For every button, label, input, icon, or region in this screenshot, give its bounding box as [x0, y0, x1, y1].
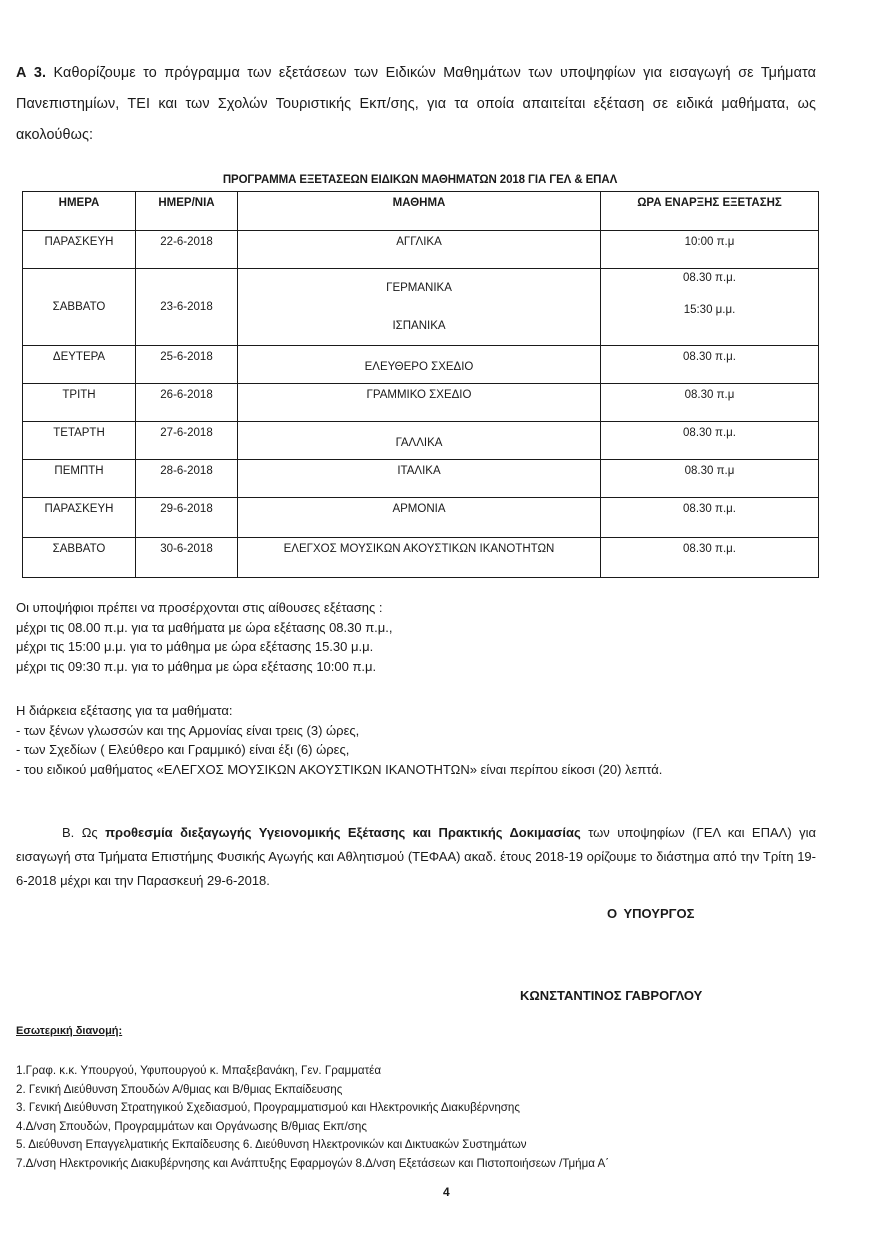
table-row: ΣΑΒΒΑΤΟ 23-6-2018 ΓΕΡΜΑΝΙΚΑ ΙΣΠΑΝΙΚΑ 08.…	[23, 269, 819, 346]
cell-day: ΔΕΥΤΕΡΑ	[23, 346, 136, 384]
header-subject: ΜΑΘΗΜΑ	[238, 192, 601, 231]
arrival-line: μέχρι τις 08.00 π.μ. για τα μαθήματα με …	[16, 618, 393, 638]
duration-line: Η διάρκεια εξέτασης για τα μαθήματα:	[16, 701, 662, 721]
section-b-prefix: Β. Ως	[62, 825, 105, 840]
cell-date: 30-6-2018	[136, 538, 238, 578]
exam-schedule-table: ΗΜΕΡΑ ΗΜΕΡ/ΝΙΑ ΜΑΘΗΜΑ ΩΡΑ ΕΝΑΡΞΗΣ ΕΞΕΤΑΣ…	[22, 191, 819, 578]
distribution-item: 3. Γενική Διεύθυνση Στρατηγικού Σχεδιασμ…	[16, 1099, 609, 1118]
cell-subject: ΑΡΜΟΝΙΑ	[238, 498, 601, 538]
cell-date: 26-6-2018	[136, 384, 238, 422]
schedule-title: ΠΡΟΓΡΑΜΜΑ ΕΞΕΤΑΣΕΩΝ ΕΙΔΙΚΩΝ ΜΑΘΗΜΑΤΩΝ 20…	[22, 174, 818, 186]
table-row: ΠΑΡΑΣΚΕΥΗ 22-6-2018 ΑΓΓΛΙΚΑ 10:00 π.μ	[23, 231, 819, 269]
section-b-bold: προθεσμία διεξαγωγής Υγειονομικής Εξέτασ…	[105, 825, 581, 840]
cell-time: 08.30 π.μ.	[601, 498, 819, 538]
distribution-item: 1.Γραφ. κ.κ. Υπουργού, Υφυπουργού κ. Μπα…	[16, 1062, 609, 1081]
section-b-paragraph: Β. Ως προθεσμία διεξαγωγής Υγειονομικής …	[16, 821, 816, 893]
cell-time: 08.30 π.μ	[601, 460, 819, 498]
subject-line: ΓΕΡΜΑΝΙΚΑ	[240, 269, 598, 307]
cell-day: ΤΡΙΤΗ	[23, 384, 136, 422]
distribution-item: 7.Δ/νση Ηλεκτρονικής Διακυβέρνησης και Α…	[16, 1155, 609, 1174]
cell-subject: ΓΑΛΛΙΚΑ	[238, 422, 601, 460]
cell-time: 08.30 π.μ.	[601, 346, 819, 384]
cell-date-text: 23-6-2018	[160, 301, 212, 313]
cell-subject: ΑΓΓΛΙΚΑ	[238, 231, 601, 269]
intro-label: Α 3.	[16, 65, 46, 81]
table-row: ΤΕΤΑΡΤΗ 27-6-2018 ΓΑΛΛΙΚΑ 08.30 π.μ.	[23, 422, 819, 460]
table-row: ΔΕΥΤΕΡΑ 25-6-2018 ΕΛΕΥΘΕΡΟ ΣΧΕΔΙΟ 08.30 …	[23, 346, 819, 384]
cell-subject-text: ΕΛΕΥΘΕΡΟ ΣΧΕΔΙΟ	[240, 361, 598, 373]
cell-day: ΣΑΒΒΑΤΟ	[23, 269, 136, 346]
distribution-item: 2. Γενική Διεύθυνση Σπουδών Α/θμιας και …	[16, 1081, 609, 1100]
cell-time: 10:00 π.μ	[601, 231, 819, 269]
cell-day: ΣΑΒΒΑΤΟ	[23, 538, 136, 578]
cell-subject-text: ΓΑΛΛΙΚΑ	[240, 437, 598, 449]
cell-day: ΠΑΡΑΣΚΕΥΗ	[23, 498, 136, 538]
cell-date: 29-6-2018	[136, 498, 238, 538]
cell-date: 25-6-2018	[136, 346, 238, 384]
arrival-line: μέχρι τις 09:30 π.μ. για το μάθημα με ώρ…	[16, 657, 393, 677]
cell-subject: ΓΕΡΜΑΝΙΚΑ ΙΣΠΑΝΙΚΑ	[238, 269, 601, 346]
cell-time: 08.30 π.μ	[601, 384, 819, 422]
cell-subject: ΙΤΑΛΙΚΑ	[238, 460, 601, 498]
cell-day: ΤΕΤΑΡΤΗ	[23, 422, 136, 460]
distribution-item: 4.Δ/νση Σπουδών, Προγραμμάτων και Οργάνω…	[16, 1118, 609, 1137]
cell-date: 28-6-2018	[136, 460, 238, 498]
minister-name: ΚΩΝΣΤΑΝΤΙΝΟΣ ΓΑΒΡΟΓΛΟΥ	[520, 988, 702, 1003]
cell-date: 22-6-2018	[136, 231, 238, 269]
exam-duration: Η διάρκεια εξέτασης για τα μαθήματα: - τ…	[16, 701, 662, 779]
header-start-time: ΩΡΑ ΕΝΑΡΞΗΣ ΕΞΕΤΑΣΗΣ	[601, 192, 819, 231]
distribution-item: 5. Διεύθυνση Επαγγελματικής Εκπαίδευσης …	[16, 1136, 609, 1155]
cell-time: 08.30 π.μ. 15:30 μ.μ.	[601, 269, 819, 346]
intro-text: Καθορίζουμε το πρόγραμμα των εξετάσεων τ…	[16, 65, 816, 143]
cell-subject: ΓΡΑΜΜΙΚΟ ΣΧΕΔΙΟ	[238, 384, 601, 422]
intro-paragraph: Α 3. Καθορίζουμε το πρόγραμμα των εξετάσ…	[16, 58, 816, 151]
cell-date: 27-6-2018	[136, 422, 238, 460]
cell-subject: ΕΛΕΓΧΟΣ ΜΟΥΣΙΚΩΝ ΑΚΟΥΣΤΙΚΩΝ ΙΚΑΝΟΤΗΤΩΝ	[238, 538, 601, 578]
distribution-list: 1.Γραφ. κ.κ. Υπουργού, Υφυπουργού κ. Μπα…	[16, 1062, 609, 1173]
table-header-row: ΗΜΕΡΑ ΗΜΕΡ/ΝΙΑ ΜΑΘΗΜΑ ΩΡΑ ΕΝΑΡΞΗΣ ΕΞΕΤΑΣ…	[23, 192, 819, 231]
time-line: 15:30 μ.μ.	[603, 304, 816, 316]
cell-day: ΠΕΜΠΤΗ	[23, 460, 136, 498]
subject-line: ΙΣΠΑΝΙΚΑ	[240, 307, 598, 345]
table-row: ΤΡΙΤΗ 26-6-2018 ΓΡΑΜΜΙΚΟ ΣΧΕΔΙΟ 08.30 π.…	[23, 384, 819, 422]
arrival-line: Οι υποψήφιοι πρέπει να προσέρχονται στις…	[16, 598, 393, 618]
cell-day: ΠΑΡΑΣΚΕΥΗ	[23, 231, 136, 269]
duration-line: - του ειδικού μαθήματος «ΕΛΕΓΧΟΣ ΜΟΥΣΙΚΩ…	[16, 760, 662, 780]
arrival-line: μέχρι τις 15:00 μ.μ. για το μάθημα με ώρ…	[16, 637, 393, 657]
duration-line: - των ξένων γλωσσών και της Αρμονίας είν…	[16, 721, 662, 741]
cell-time: 08.30 π.μ.	[601, 422, 819, 460]
header-day: ΗΜΕΡΑ	[23, 192, 136, 231]
time-line: 08.30 π.μ.	[603, 272, 816, 284]
distribution-heading: Εσωτερική διανομή:	[16, 1025, 122, 1037]
header-date: ΗΜΕΡ/ΝΙΑ	[136, 192, 238, 231]
cell-day-text: ΣΑΒΒΑΤΟ	[53, 301, 106, 313]
arrival-instructions: Οι υποψήφιοι πρέπει να προσέρχονται στις…	[16, 598, 393, 676]
cell-date: 23-6-2018	[136, 269, 238, 346]
page-number: 4	[443, 1185, 450, 1199]
table-row: ΠΑΡΑΣΚΕΥΗ 29-6-2018 ΑΡΜΟΝΙΑ 08.30 π.μ.	[23, 498, 819, 538]
cell-subject: ΕΛΕΥΘΕΡΟ ΣΧΕΔΙΟ	[238, 346, 601, 384]
table-row: ΣΑΒΒΑΤΟ 30-6-2018 ΕΛΕΓΧΟΣ ΜΟΥΣΙΚΩΝ ΑΚΟΥΣ…	[23, 538, 819, 578]
table-row: ΠΕΜΠΤΗ 28-6-2018 ΙΤΑΛΙΚΑ 08.30 π.μ	[23, 460, 819, 498]
duration-line: - των Σχεδίων ( Ελεύθερο και Γραμμικό) ε…	[16, 740, 662, 760]
cell-time: 08.30 π.μ.	[601, 538, 819, 578]
minister-title: Ο ΥΠΟΥΡΓΟΣ	[607, 906, 694, 921]
